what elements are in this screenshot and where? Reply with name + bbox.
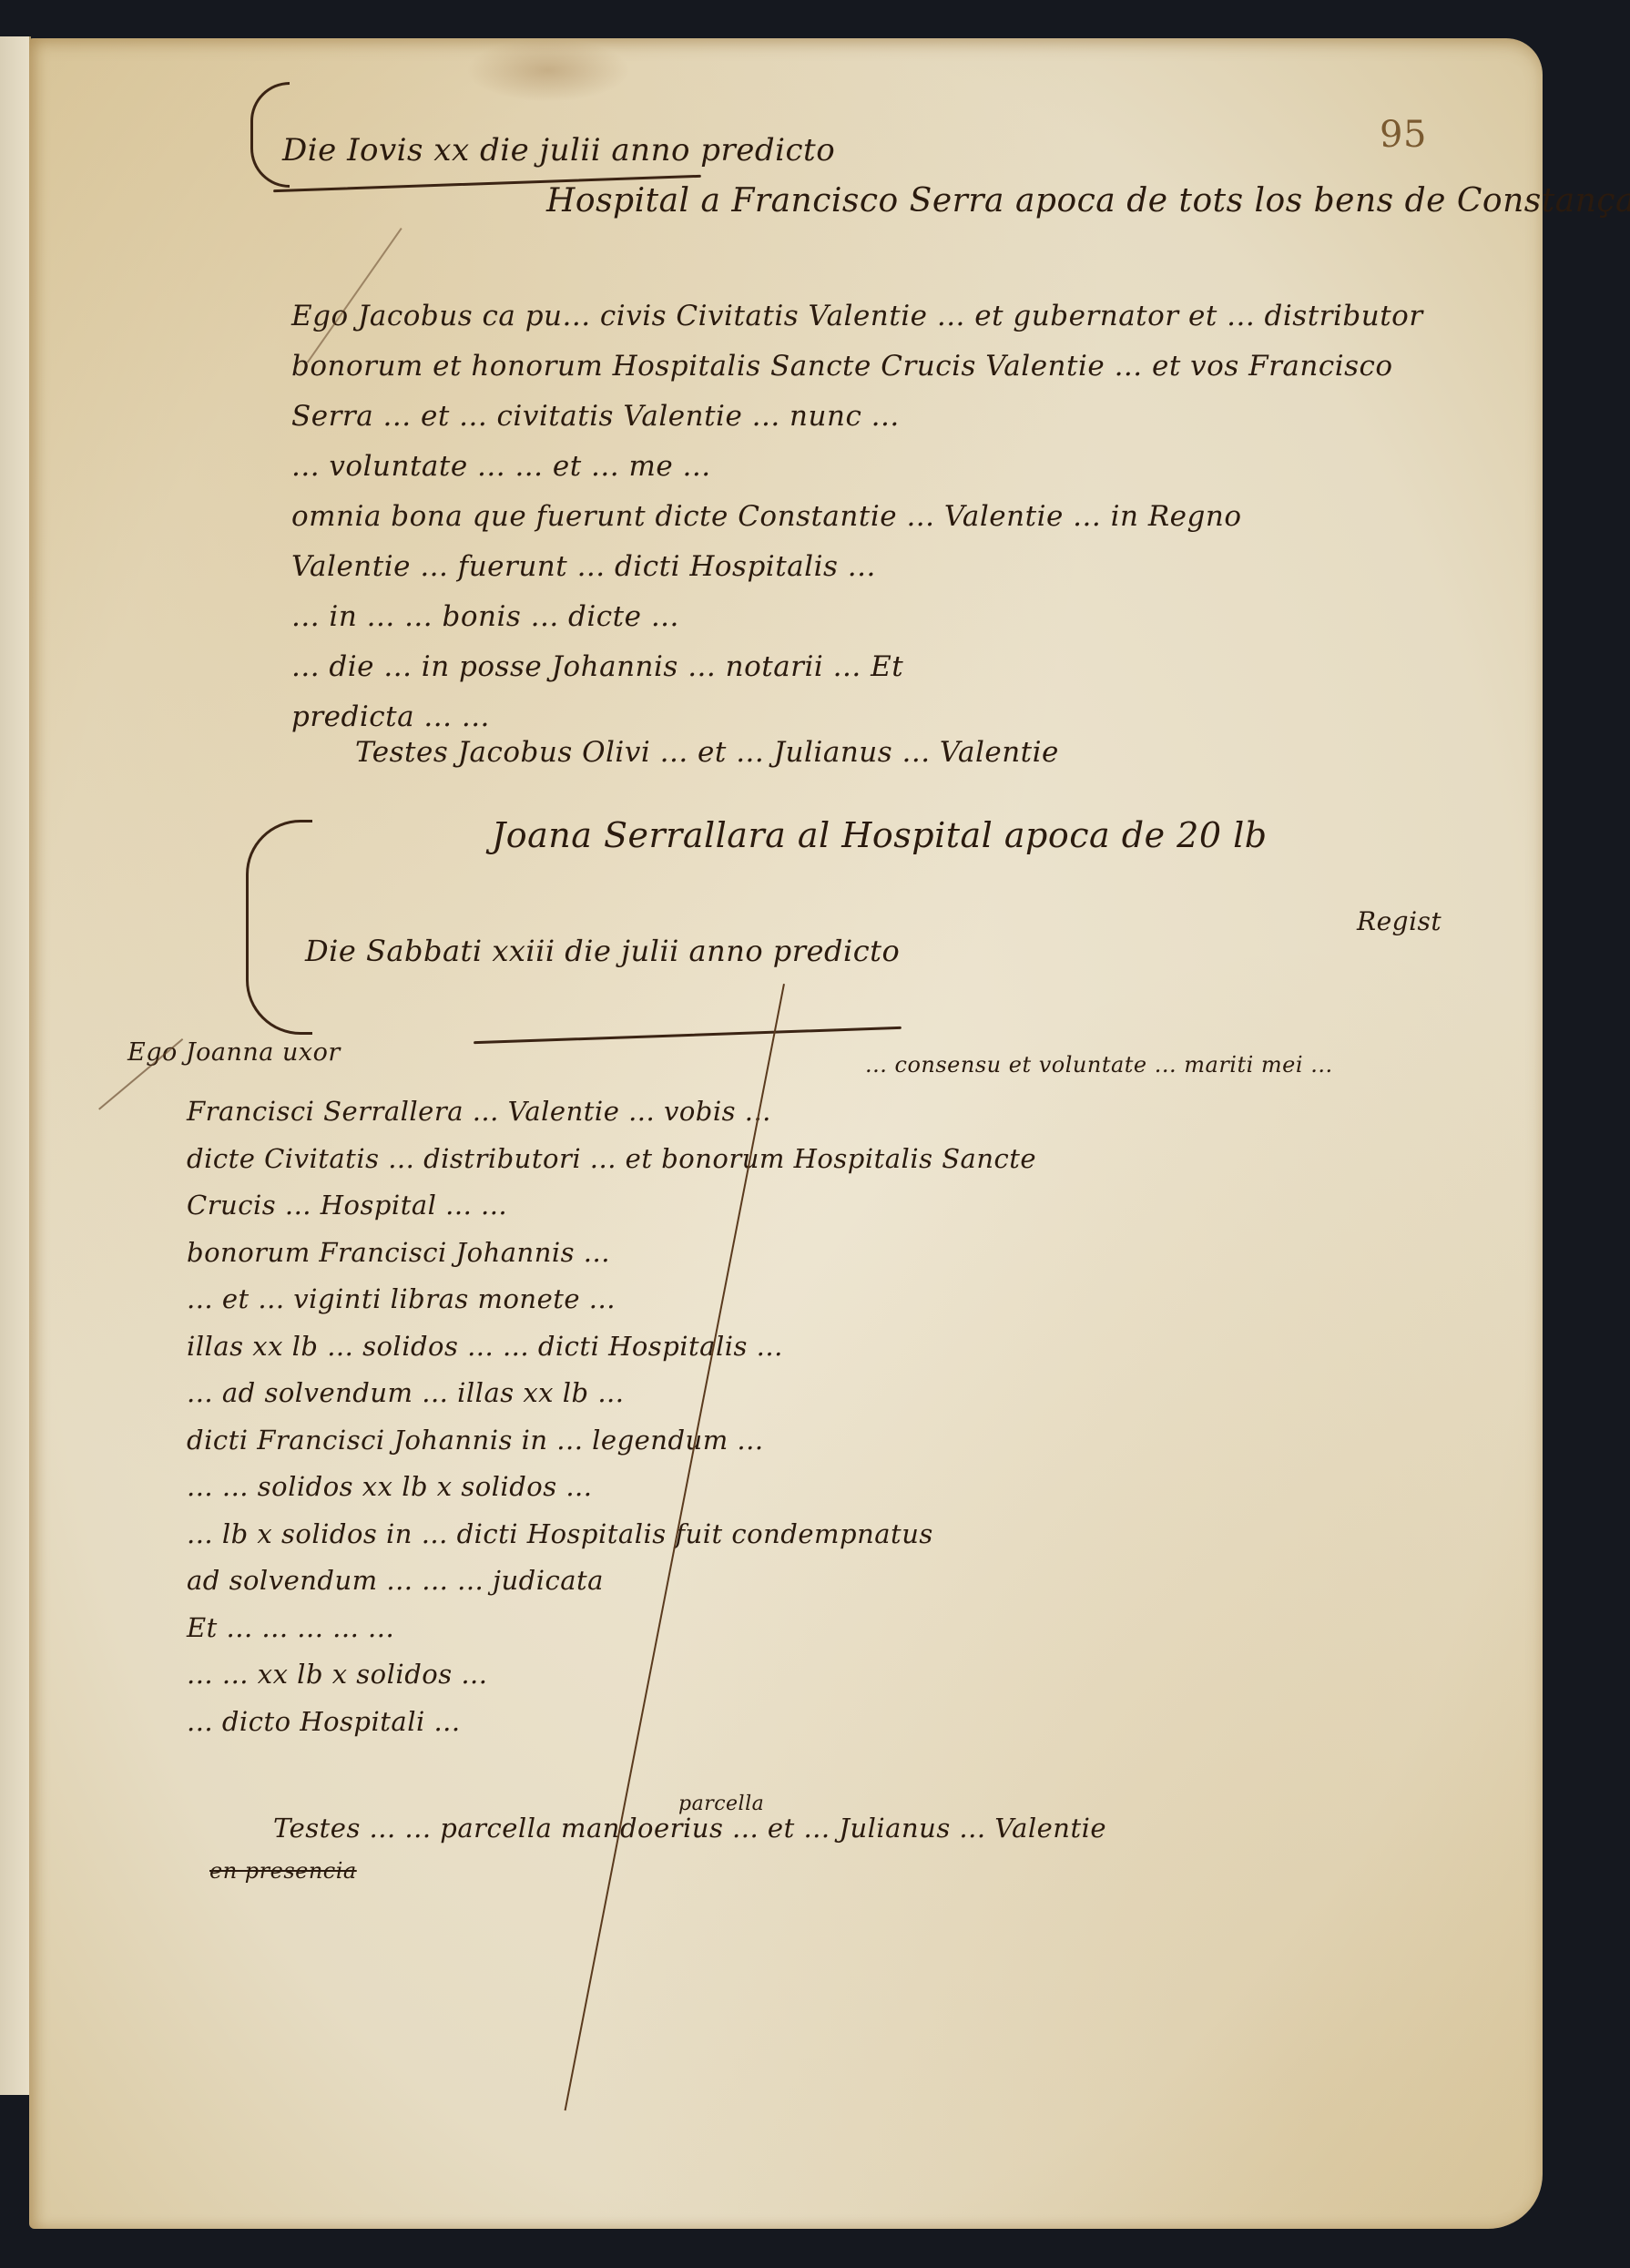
- body-line: ad solvendum ... ... ... judicata: [187, 1558, 1036, 1605]
- body-line: Ego Jacobus ca pu... civis Civitatis Val…: [291, 291, 1423, 342]
- struck-margin-text: en presencia: [209, 1858, 357, 1884]
- entry-1-date-heading: Die Iovis xx die julii anno predicto: [282, 132, 835, 169]
- margin-note-regist: Regist: [1357, 906, 1442, 936]
- water-stain: [466, 38, 630, 102]
- body-line: ... dicto Hospitali ...: [187, 1699, 1036, 1746]
- previous-leaf-edge: [0, 36, 31, 2095]
- body-line: dicti Francisci Johannis in ... legendum…: [187, 1417, 1036, 1465]
- body-line: illas xx lb ... solidos ... ... dicti Ho…: [187, 1323, 1036, 1371]
- paraph-mark: [246, 820, 312, 1035]
- body-line: predicta ... ...: [291, 692, 1423, 742]
- body-line: ... ... solidos xx lb x solidos ...: [187, 1464, 1036, 1511]
- body-line: dicte Civitatis ... distributori ... et …: [187, 1136, 1036, 1183]
- entry-2-date-heading: Die Sabbati xxiii die julii anno predict…: [305, 934, 900, 968]
- body-line: ... in ... ... bonis ... dicte ...: [291, 592, 1423, 642]
- entry-2-interlinear-insertion: ... consensu et voluntate ... mariti mei…: [865, 1052, 1333, 1078]
- body-line: Francisci Serrallera ... Valentie ... vo…: [187, 1088, 1036, 1136]
- body-line: ... lb x solidos in ... dicti Hospitalis…: [187, 1511, 1036, 1558]
- body-line: bonorum et honorum Hospitalis Sancte Cru…: [291, 342, 1423, 392]
- body-line: Crucis ... Hospital ... ...: [187, 1182, 1036, 1230]
- entry-1-witnesses: Testes Jacobus Olivi ... et ... Julianus…: [355, 736, 1059, 769]
- body-line: ... ... xx lb x solidos ...: [187, 1651, 1036, 1699]
- body-line: Serra ... et ... civitatis Valentie ... …: [291, 392, 1423, 442]
- body-line: ... ad solvendum ... illas xx lb ...: [187, 1370, 1036, 1417]
- entry-2-witnesses: Testes ... ... parcella mandoerius ... e…: [273, 1813, 1106, 1844]
- body-line: Valentie ... fuerunt ... dicti Hospitali…: [291, 542, 1423, 592]
- entry-1-body: Ego Jacobus ca pu... civis Civitatis Val…: [291, 291, 1423, 742]
- entry-2-left-margin-text: Ego Joanna uxor: [127, 1038, 341, 1067]
- body-line: ... et ... viginti libras monete ...: [187, 1276, 1036, 1323]
- body-line: ... die ... in posse Johannis ... notari…: [291, 642, 1423, 692]
- entry-2-body: Francisci Serrallera ... Valentie ... vo…: [187, 1088, 1036, 1745]
- folio-number: 95: [1380, 114, 1427, 156]
- body-line: omnia bona que fuerunt dicte Constantie …: [291, 492, 1423, 542]
- body-line: bonorum Francisci Johannis ...: [187, 1230, 1036, 1277]
- body-line: ... voluntate ... ... et ... me ...: [291, 442, 1423, 492]
- entry-2-title: Joana Serrallara al Hospital apoca de 20…: [492, 815, 1268, 855]
- entry-1-title: Hospital a Francisco Serra apoca de tots…: [546, 182, 1630, 220]
- body-line: Et ... ... ... ... ...: [187, 1605, 1036, 1652]
